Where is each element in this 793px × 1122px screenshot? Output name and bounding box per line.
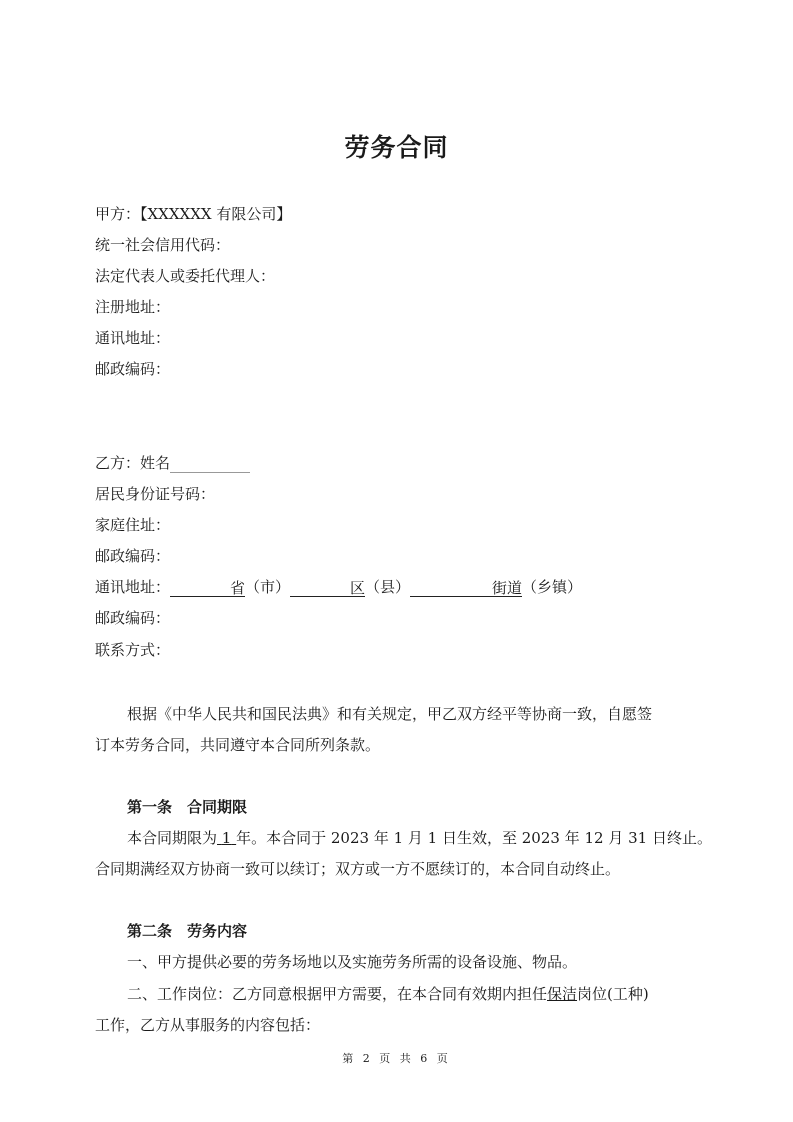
- party-b-name-blank: [170, 456, 250, 473]
- article-1-line-2: 合同期满经双方协商一致可以续订；双方或一方不愿续订的，本合同自动终止。: [95, 859, 620, 879]
- party-b-id-number: 居民身份证号码：: [95, 484, 215, 504]
- position-value: 保洁: [547, 985, 577, 1003]
- province-blank: 省: [170, 578, 245, 597]
- article-2-item-2-line-2: 工作，乙方从事服务的内容包括：: [95, 1015, 320, 1035]
- party-a-name: 甲方：【XXXXXX 有限公司】: [95, 204, 291, 224]
- article-2-item-1: 一、甲方提供必要的劳务场地以及实施劳务所需的设备设施、物品。: [127, 952, 577, 972]
- article-1-line-1: 本合同期限为 1 年。本合同于 2023 年 1 月 1 日生效，至 2023 …: [127, 828, 712, 848]
- party-a-representative: 法定代表人或委托代理人：: [95, 266, 275, 286]
- party-b-postal-code: 邮政编码：: [95, 546, 170, 566]
- party-a-credit-code: 统一社会信用代码：: [95, 235, 230, 255]
- party-b-home-address: 家庭住址：: [95, 515, 170, 535]
- street-blank: 街道: [410, 578, 522, 597]
- article-2-heading: 第二条 劳务内容: [127, 921, 247, 941]
- party-b-mailing-address: 通讯地址：省（市）区（县）街道（乡镇）: [95, 577, 582, 597]
- party-b-contact: 联系方式：: [95, 640, 170, 660]
- page-indicator: 第 2 页 共 6 页: [0, 1050, 793, 1066]
- article-1-heading: 第一条 合同期限: [127, 797, 247, 817]
- preamble-line-2: 订本劳务合同，共同遵守本合同所列条款。: [95, 735, 380, 755]
- article-2-item-2: 二、工作岗位：乙方同意根据甲方需要，在本合同有效期内担任保洁岗位(工种): [127, 984, 649, 1004]
- district-blank: 区: [290, 578, 365, 597]
- document-title: 劳务合同: [0, 128, 793, 164]
- preamble-line-1: 根据《中华人民共和国民法典》和有关规定，甲乙双方经平等协商一致，自愿签: [127, 704, 652, 724]
- party-b-postal-code-2: 邮政编码：: [95, 608, 170, 628]
- party-a-postal-code: 邮政编码：: [95, 359, 170, 379]
- contract-term: 1: [217, 829, 236, 847]
- party-b-name-line: 乙方：姓名: [95, 453, 250, 473]
- party-b-name-label: 乙方：姓名: [95, 454, 170, 472]
- party-a-mailing-address: 通讯地址：: [95, 328, 170, 348]
- party-a-registered-address: 注册地址：: [95, 297, 170, 317]
